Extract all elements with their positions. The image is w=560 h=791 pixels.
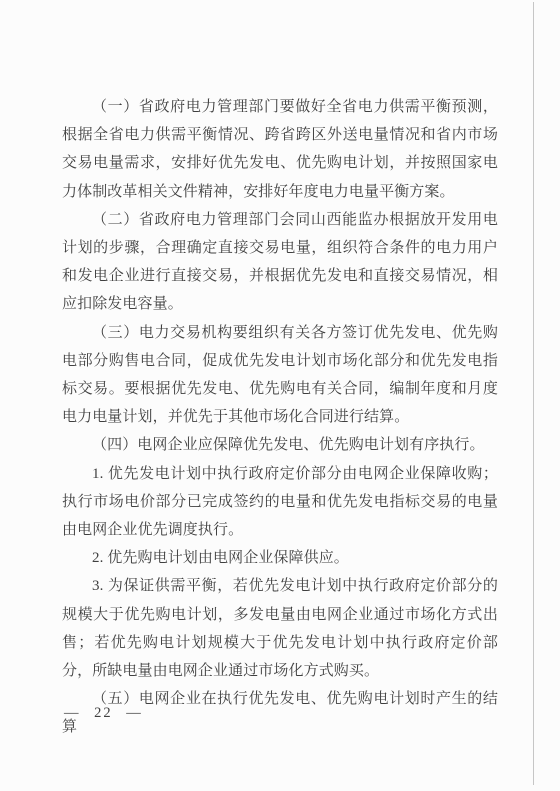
document-page: （一）省政府电力管理部门要做好全省电力供需平衡预测，根据全省电力供需平衡情况、跨… xyxy=(0,0,560,791)
paragraph: 2. 优先购电计划由电网企业保障供应。 xyxy=(62,544,498,572)
scan-edge-line xyxy=(533,2,534,785)
paragraph: 1. 优先发电计划中执行政府定价部分由电网企业保障收购；执行市场电价部分已完成签… xyxy=(62,460,498,545)
paragraph: （三）电力交易机构要组织有关各方签订优先发电、优先购电部分购售电合同，促成优先发… xyxy=(62,319,498,432)
paragraph: （四）电网企业应保障优先发电、优先购电计划有序执行。 xyxy=(62,431,498,459)
paragraph: （二）省政府电力管理部门会同山西能监办根据放开发用电计划的步骤，合理确定直接交易… xyxy=(62,206,498,319)
page-number: — 22 — xyxy=(64,703,143,723)
paragraph: 3. 为保证供需平衡，若优先发电计划中执行政府定价部分的规模大于优先购电计划，多… xyxy=(62,572,498,685)
document-body: （一）省政府电力管理部门要做好全省电力供需平衡预测，根据全省电力供需平衡情况、跨… xyxy=(62,93,498,742)
paragraph: （一）省政府电力管理部门要做好全省电力供需平衡预测，根据全省电力供需平衡情况、跨… xyxy=(62,93,498,206)
